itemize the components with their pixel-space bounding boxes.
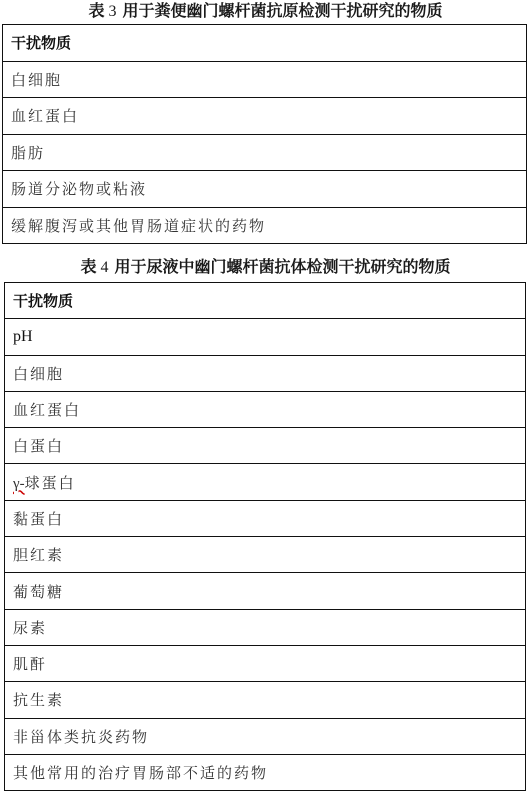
table-cell: 缓解腹泻或其他胃肠道症状的药物	[3, 207, 527, 244]
table-row: 肠道分泌物或粘液	[3, 171, 527, 208]
table-row: 黏蛋白	[5, 500, 526, 536]
table-row: γ-球蛋白	[5, 464, 526, 500]
table-row: 白蛋白	[5, 428, 526, 464]
table-row: 抗生素	[5, 682, 526, 718]
table-row: 白细胞	[3, 61, 527, 98]
table4-caption-prefix: 表	[80, 257, 96, 276]
table-row: 尿素	[5, 609, 526, 645]
table-row: 白细胞	[5, 355, 526, 391]
table-cell: 葡萄糖	[5, 573, 526, 609]
table3-caption: 表3用于粪便幽门螺杆菌抗原检测干扰研究的物质	[0, 0, 531, 23]
table-cell: 白蛋白	[5, 428, 526, 464]
table-header-cell: 干扰物质	[3, 25, 527, 62]
spellcheck-underlined-text: γ-	[13, 476, 25, 492]
table-row: 血红蛋白	[3, 98, 527, 135]
table3: 干扰物质 白细胞 血红蛋白 脂肪 肠道分泌物或粘液 缓解腹泻或其他胃肠道症状的药…	[2, 24, 527, 244]
table-row: 其他常用的治疗胃肠部不适的药物	[5, 754, 526, 790]
table-cell: 脂肪	[3, 134, 527, 171]
table-cell: 黏蛋白	[5, 500, 526, 536]
table3-caption-title: 用于粪便幽门螺杆菌抗原检测干扰研究的物质	[123, 1, 443, 20]
table3-caption-prefix: 表	[88, 1, 104, 20]
table-cell: 其他常用的治疗胃肠部不适的药物	[5, 754, 526, 790]
table4-caption-number: 4	[101, 259, 109, 276]
table-cell: 肠道分泌物或粘液	[3, 171, 527, 208]
table-cell: 血红蛋白	[3, 98, 527, 135]
table4-caption: 表4用于尿液中幽门螺杆菌抗体检测干扰研究的物质	[0, 256, 531, 279]
table-row: 脂肪	[3, 134, 527, 171]
table-header-row: 干扰物质	[3, 25, 527, 62]
table-header-row: 干扰物质	[5, 283, 526, 319]
table-cell: 血红蛋白	[5, 391, 526, 427]
table-row: 胆红素	[5, 537, 526, 573]
table-cell: 非甾体类抗炎药物	[5, 718, 526, 754]
table-cell-text: 球蛋白	[25, 474, 76, 492]
table-row: 葡萄糖	[5, 573, 526, 609]
table-header-cell: 干扰物质	[5, 283, 526, 319]
table-cell: 白细胞	[5, 355, 526, 391]
table-row: pH	[5, 319, 526, 355]
table-cell: 抗生素	[5, 682, 526, 718]
table-cell-gamma-globulin: γ-球蛋白	[5, 464, 526, 500]
table4: 干扰物质 pH 白细胞 血红蛋白 白蛋白 γ-球蛋白 黏蛋白 胆红素 葡萄糖 尿…	[4, 282, 526, 791]
table-cell: pH	[5, 319, 526, 355]
table-row: 血红蛋白	[5, 391, 526, 427]
table-row: 非甾体类抗炎药物	[5, 718, 526, 754]
table4-caption-title: 用于尿液中幽门螺杆菌抗体检测干扰研究的物质	[115, 257, 451, 276]
table-cell: 胆红素	[5, 537, 526, 573]
table-cell: 尿素	[5, 609, 526, 645]
table-row: 肌酐	[5, 645, 526, 681]
table-row: 缓解腹泻或其他胃肠道症状的药物	[3, 207, 527, 244]
table-cell: 白细胞	[3, 61, 527, 98]
table3-caption-number: 3	[109, 3, 117, 20]
table-cell: 肌酐	[5, 645, 526, 681]
